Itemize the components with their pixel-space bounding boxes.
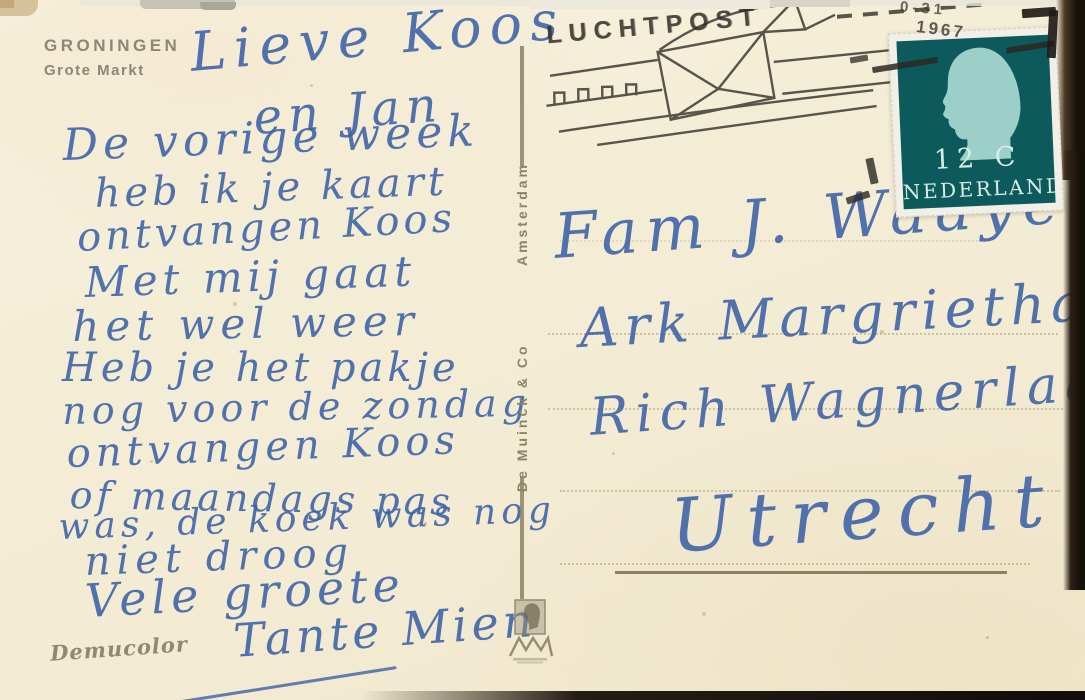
printed-caption: GRONINGEN Grote Markt bbox=[44, 36, 180, 79]
stamp-denomination: 12 C bbox=[901, 140, 1054, 178]
address-ruled-line bbox=[560, 563, 1030, 565]
edge-patch bbox=[140, 0, 235, 9]
address-line: Rich Wagnerlaan bbox=[588, 353, 1085, 444]
publisher-city: Amsterdam bbox=[514, 162, 530, 266]
address-line: Ark Margrietha bbox=[578, 275, 1085, 356]
postmark-date-top: 0-31 bbox=[899, 0, 946, 19]
corner-patch bbox=[0, 0, 14, 8]
edge-patch bbox=[200, 2, 236, 10]
address-city-line: Utrecht bbox=[668, 463, 1060, 564]
bottom-edge-shadow bbox=[360, 691, 1085, 700]
stamp-country: NEDERLAND bbox=[902, 174, 1055, 205]
caption-subtitle: Grote Markt bbox=[44, 62, 180, 79]
address-bottom-rule bbox=[615, 571, 1007, 574]
publisher-imprint: De Muinck & Co Amsterdam bbox=[514, 162, 530, 492]
message-line: het wel weer bbox=[72, 300, 420, 348]
printer-brand: Demucolor bbox=[49, 631, 188, 666]
publisher-name: De Muinck & Co bbox=[514, 343, 530, 492]
message-line: Lieve Koos bbox=[188, 0, 568, 80]
postcard-back: GRONINGEN Grote Markt Lieve Koos en Jan … bbox=[0, 0, 1085, 700]
postcard-scan: GRONINGEN Grote Markt Lieve Koos en Jan … bbox=[0, 0, 1085, 700]
divider-line bbox=[520, 46, 524, 166]
message-line: Heb je het pakje bbox=[62, 348, 460, 388]
caption-title: GRONINGEN bbox=[44, 36, 180, 56]
message-line: ontvangen Koos bbox=[66, 420, 461, 474]
corner-patch bbox=[0, 0, 38, 16]
signature-flourish bbox=[169, 666, 397, 700]
divider-line bbox=[520, 477, 524, 599]
postage-stamp: 12 C NEDERLAND bbox=[888, 26, 1064, 217]
de-muinck-logo-icon bbox=[505, 598, 555, 664]
